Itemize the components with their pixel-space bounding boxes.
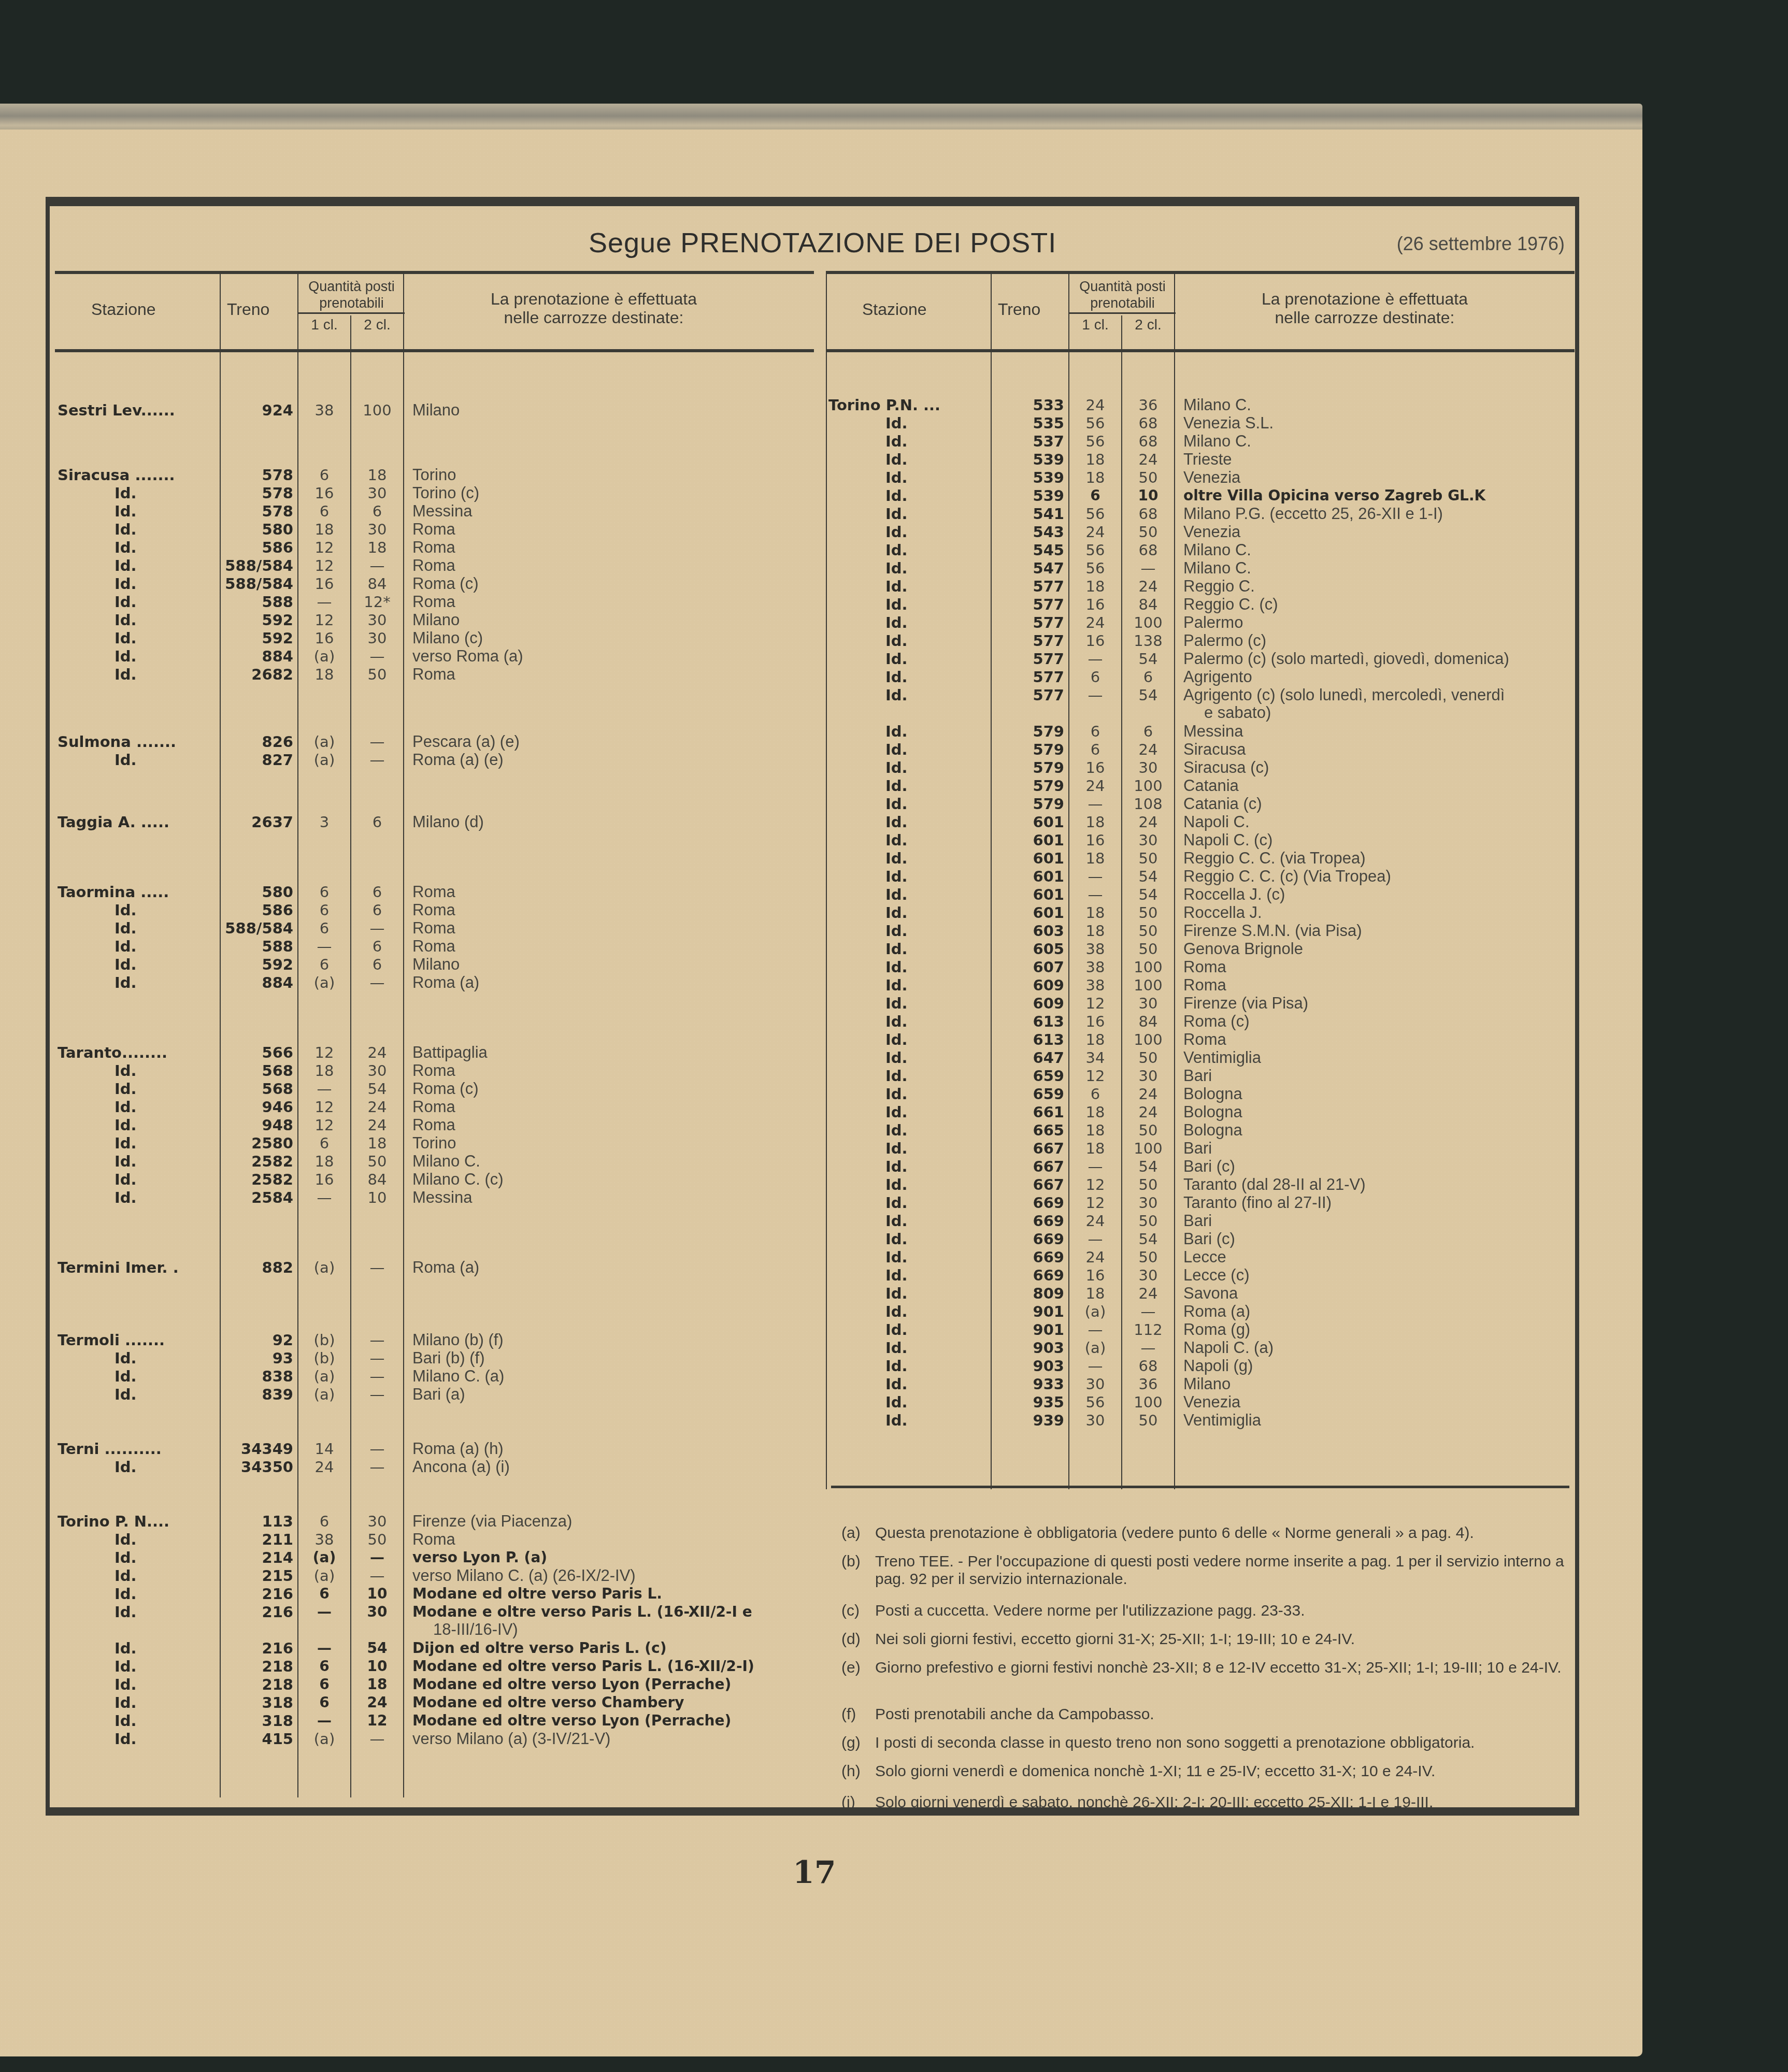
train-number: 609 [992, 976, 1064, 994]
destination-coaches: Firenze S.M.N. (via Pisa) [1183, 922, 1362, 940]
second-class-seats: 10 [351, 1189, 403, 1206]
table-row: Id.884(a)—verso Roma (a) [55, 647, 814, 665]
train-number: 580 [221, 883, 293, 901]
train-number: 415 [221, 1730, 293, 1748]
station-name: Id. [58, 521, 218, 538]
destination-coaches: Messina [1183, 723, 1243, 740]
table-row: Id.93556100Venezia [826, 1393, 1575, 1411]
destination-coaches: Bologna [1183, 1085, 1242, 1103]
footnote: (g)I posti di seconda classe in questo t… [841, 1734, 1569, 1752]
footnote-text: Posti prenotabili anche da Campobasso. [841, 1706, 1569, 1723]
first-class-seats: 16 [1069, 831, 1121, 849]
first-class-seats: 16 [1069, 759, 1121, 776]
destination-coaches: Genova Brignole [1183, 940, 1303, 958]
station-name: Id. [828, 1339, 989, 1357]
train-number: 601 [992, 850, 1064, 867]
second-class-seats: 36 [1122, 396, 1174, 414]
destination-coaches: Roma [1183, 958, 1226, 976]
first-class-seats: 18 [1069, 578, 1121, 595]
station-name: Id. [58, 484, 218, 502]
table-row: Id.5771684Reggio C. (c) [826, 596, 1575, 613]
train-number: 601 [992, 831, 1064, 849]
table-row: Id.318624Modane ed oltre verso Chambery [55, 1694, 814, 1711]
second-class-seats: 100 [351, 401, 403, 419]
train-number: 605 [992, 940, 1064, 958]
footnote: (e)Giorno prefestivo e giorni festivi no… [841, 1659, 1569, 1677]
station-name: Id. [58, 1116, 218, 1134]
station-name: Id. [828, 1393, 989, 1411]
destination-coaches: Bari [1183, 1212, 1212, 1230]
first-class-seats: 16 [1069, 596, 1121, 613]
footnote-text: Posti a cuccetta. Vedere norme per l'uti… [841, 1602, 1569, 1620]
second-class-seats: 24 [1122, 813, 1174, 831]
destination-coaches: Ventimiglia [1183, 1412, 1261, 1429]
first-class-seats: (a) [1069, 1303, 1121, 1320]
destination-coaches: Firenze (via Piacenza) [412, 1513, 572, 1530]
train-number: 659 [992, 1085, 1064, 1103]
table-row: Id.6011630Napoli C. (c) [826, 831, 1575, 849]
first-class-seats: — [1069, 795, 1121, 813]
table-row: Id.669—54Bari (c) [826, 1230, 1575, 1248]
second-class-seats: 84 [1122, 596, 1174, 613]
first-class-seats: (a) [298, 733, 350, 751]
destination-coaches: Bari (a) [412, 1386, 465, 1403]
first-class-seats: 30 [1069, 1375, 1121, 1393]
train-number: 577 [992, 578, 1064, 595]
station-name: Id. [58, 1730, 218, 1748]
second-class-seats: 54 [351, 1639, 403, 1657]
table-header: Stazione Treno Quantità posti prenotabil… [826, 271, 1575, 352]
first-class-seats: 3 [298, 813, 350, 831]
table-row: Id.25821684Milano C. (c) [55, 1171, 814, 1188]
destination-coaches: Roma [412, 666, 455, 683]
train-number: 541 [992, 505, 1064, 523]
second-class-seats: 84 [351, 575, 403, 593]
station-name: Taormina ..... [58, 883, 218, 901]
first-class-seats: 56 [1069, 414, 1121, 432]
train-number: 588/584 [221, 575, 293, 593]
first-class-seats: 18 [1069, 451, 1121, 468]
destination-coaches: Modane ed oltre verso Paris L. [412, 1585, 662, 1603]
table-body: Sestri Lev......92438100MilanoSiracusa .… [55, 352, 814, 1797]
destination-coaches: Milano C. [412, 1153, 480, 1170]
first-class-seats: 56 [1069, 505, 1121, 523]
table-row: Id.901(a)—Roma (a) [826, 1303, 1575, 1320]
first-class-seats: 18 [298, 521, 350, 538]
destination-coaches: Milano C. (c) [412, 1171, 504, 1188]
destination-coaches: Roma [412, 521, 455, 538]
footnote-key: (d) [841, 1631, 861, 1648]
destination-coaches: Lecce [1183, 1248, 1226, 1266]
destination-coaches: Torino (c) [412, 484, 479, 502]
station-name: Id. [828, 1158, 989, 1175]
first-class-seats: 12 [298, 1098, 350, 1116]
second-class-seats: 12 [351, 1712, 403, 1730]
station-name: Torino P.N. ... [828, 396, 989, 414]
station-name: Id. [828, 813, 989, 831]
second-class-seats: — [351, 919, 403, 937]
station-name: Id. [828, 596, 989, 613]
col-header-treno: Treno [227, 300, 269, 319]
train-number: 577 [992, 632, 1064, 650]
destination-coaches: verso Milano (a) (3-IV/21-V) [412, 1730, 610, 1748]
station-name: Id. [828, 1140, 989, 1157]
destination-line1: La prenotazione è effettuata [491, 290, 697, 308]
table-row: Torino P. N....113630Firenze (via Piacen… [55, 1513, 814, 1530]
table-row: Id.5921230Milano [55, 611, 814, 629]
first-class-seats: 38 [1069, 940, 1121, 958]
train-number: 826 [221, 733, 293, 751]
first-class-seats: — [298, 1189, 350, 1206]
col-header-destination: La prenotazione è effettuata nelle carro… [1220, 290, 1510, 327]
destination-coaches: Modane ed oltre verso Paris L. (16-XII/2… [412, 1658, 754, 1675]
table-row: Id.588—12*Roma [55, 593, 814, 611]
table-row: Id.5355668Venezia S.L. [826, 414, 1575, 432]
train-number: 2582 [221, 1171, 293, 1188]
train-number: 577 [992, 596, 1064, 613]
table-row: Id.60738100Roma [826, 958, 1575, 976]
table-row: Id.6651850Bologna [826, 1121, 1575, 1139]
table-row: Id.579624Siracusa [826, 741, 1575, 758]
destination-coaches: Venezia [1183, 1393, 1240, 1411]
train-number: 903 [992, 1339, 1064, 1357]
destination-coaches: verso Roma (a) [412, 647, 523, 665]
second-class-seats: — [351, 1368, 403, 1385]
table-row: Id.54756—Milano C. [826, 559, 1575, 577]
footnote-text: I posti di seconda classe in questo tren… [841, 1734, 1569, 1752]
second-class-seats: — [351, 1349, 403, 1367]
train-number: 580 [221, 521, 293, 538]
station-name: Id. [828, 886, 989, 903]
table-row: Id.318—12Modane ed oltre verso Lyon (Per… [55, 1712, 814, 1730]
first-class-seats: 12 [298, 1044, 350, 1061]
divider [1121, 315, 1122, 349]
train-number: 93 [221, 1349, 293, 1367]
station-name: Id. [828, 668, 989, 686]
destination-coaches: Messina [412, 1189, 472, 1206]
train-number: 218 [221, 1676, 293, 1693]
table-row: Id.6691230Taranto (fino al 27-II) [826, 1194, 1575, 1212]
destination-coaches: Bari [1183, 1067, 1212, 1085]
first-class-seats: — [1069, 1357, 1121, 1375]
divider [220, 274, 221, 349]
train-number: 667 [992, 1158, 1064, 1175]
first-class-seats: (a) [298, 1549, 350, 1566]
footnote: (h)Solo giorni venerdì e domenica nonchè… [841, 1763, 1569, 1780]
table-row: Id.6591230Bari [826, 1067, 1575, 1085]
train-number: 882 [221, 1259, 293, 1276]
left-table: Stazione Treno Quantità posti prenotabil… [55, 271, 814, 1797]
table-row: Terni ..........3434914—Roma (a) (h) [55, 1440, 814, 1458]
second-class-seats: 50 [351, 1531, 403, 1548]
station-name: Id. [58, 557, 218, 574]
destination-coaches: Torino [412, 466, 456, 484]
second-class-seats: 54 [1122, 1230, 1174, 1248]
second-class-seats: 6 [1122, 668, 1174, 686]
station-name: Id. [828, 1267, 989, 1284]
table-row: Id.57716138Palermo (c) [826, 632, 1575, 650]
first-class-seats: (a) [1069, 1339, 1121, 1357]
page-number: 17 [793, 1854, 836, 1891]
footnote-key: (c) [841, 1602, 860, 1620]
second-class-seats: 54 [1122, 650, 1174, 668]
train-number: 215 [221, 1567, 293, 1585]
destination-coaches: Agrigento (c) (solo lunedì, mercoledì, v… [1183, 686, 1505, 704]
footnote-key: (a) [841, 1524, 861, 1542]
destination-coaches: verso Lyon P. (a) [412, 1549, 547, 1566]
train-number: 669 [992, 1248, 1064, 1266]
footnote: (i)Solo giorni venerdì e sabato, nonchè … [841, 1794, 1569, 1811]
destination-coaches: Roma [412, 883, 455, 901]
destination-coaches: Milano C. [1183, 541, 1251, 559]
first-class-seats: 18 [1069, 1103, 1121, 1121]
station-name: Id. [58, 593, 218, 611]
first-class-seats: 6 [298, 1694, 350, 1711]
table-row: Id.588/58412—Roma [55, 557, 814, 574]
second-class-seats: 50 [1122, 1412, 1174, 1429]
station-name: Id. [828, 451, 989, 468]
first-class-seats: (a) [298, 1730, 350, 1748]
destination-coaches: Reggio C. C. (c) (Via Tropea) [1183, 868, 1391, 885]
destination-coaches: Venezia [1183, 469, 1240, 486]
table-row: Id.9393050Ventimiglia [826, 1412, 1575, 1429]
divider [297, 274, 298, 349]
second-class-seats: — [351, 1331, 403, 1349]
second-class-seats: 18 [351, 466, 403, 484]
page-title: Segue PRENOTAZIONE DEI POSTI [589, 227, 1056, 259]
second-class-seats: — [351, 1549, 403, 1566]
table-row: Id.9333036Milano [826, 1375, 1575, 1393]
footnote-key: (f) [841, 1706, 856, 1723]
table-header: Stazione Treno Quantità posti prenotabil… [55, 271, 814, 352]
table-row: Id.57966Messina [826, 723, 1575, 740]
first-class-seats: 18 [1069, 1031, 1121, 1048]
table-row: Id.2584—10Messina [55, 1189, 814, 1206]
second-class-seats: 30 [1122, 995, 1174, 1012]
destination-line2: nelle carrozze destinate: [1275, 308, 1455, 327]
table-row: Id.58666Roma [55, 901, 814, 919]
first-class-seats: 12 [298, 539, 350, 556]
second-class-seats: 68 [1122, 1357, 1174, 1375]
destination-coaches: Milano C. [1183, 433, 1251, 450]
train-number: 2584 [221, 1189, 293, 1206]
table-row: Id.577—54Agrigento (c) (solo lunedì, mer… [826, 686, 1575, 704]
destination-coaches: Milano [412, 611, 460, 629]
second-class-seats: 6 [351, 883, 403, 901]
train-number: 2582 [221, 1153, 293, 1170]
table-row: Id.6692450Lecce [826, 1248, 1575, 1266]
station-name: Id. [58, 666, 218, 683]
train-number: 2580 [221, 1134, 293, 1152]
station-name: Id. [58, 1458, 218, 1476]
train-number: 216 [221, 1603, 293, 1621]
second-class-seats: 50 [1122, 904, 1174, 922]
second-class-seats: 10 [351, 1585, 403, 1603]
col-header-2cl: 2 cl. [1122, 316, 1174, 333]
first-class-seats: 12 [1069, 1176, 1121, 1193]
train-number: 903 [992, 1357, 1064, 1375]
train-number: 539 [992, 451, 1064, 468]
destination-coaches: Milano (b) (f) [412, 1331, 504, 1349]
station-name: Id. [828, 1121, 989, 1139]
train-number: 92 [221, 1331, 293, 1349]
footnote: (d)Nei soli giorni festivi, eccetto gior… [841, 1631, 1569, 1648]
second-class-seats: 30 [351, 629, 403, 647]
second-class-seats: 50 [1122, 1176, 1174, 1193]
first-class-seats: (a) [298, 751, 350, 769]
train-number: 924 [221, 401, 293, 419]
destination-coaches: Taranto (dal 28-II al 21-V) [1183, 1176, 1366, 1193]
first-class-seats: 56 [1069, 1393, 1121, 1411]
footnote-key: (h) [841, 1763, 861, 1780]
train-number: 586 [221, 539, 293, 556]
first-class-seats: 38 [1069, 958, 1121, 976]
first-class-seats: 6 [298, 1513, 350, 1530]
station-name: Id. [58, 647, 218, 665]
train-number: 2637 [221, 813, 293, 831]
destination-coaches: Bari (c) [1183, 1158, 1235, 1175]
table-row: Taranto........5661224Battipaglia [55, 1044, 814, 1061]
train-number: 318 [221, 1694, 293, 1711]
first-class-seats: 24 [298, 1458, 350, 1476]
station-name: Id. [828, 1085, 989, 1103]
col-header-destination: La prenotazione è effettuata nelle carro… [449, 290, 739, 327]
second-class-seats: — [351, 1259, 403, 1276]
table-row: Id.6692450Bari [826, 1212, 1575, 1230]
table-row: Id.5455668Milano C. [826, 541, 1575, 559]
title-row: Segue PRENOTAZIONE DEI POSTI (26 settemb… [50, 227, 1575, 258]
destination-coaches: Ventimiglia [1183, 1049, 1261, 1067]
table-row: Sestri Lev......92438100Milano [55, 401, 814, 419]
first-class-seats: 6 [298, 1134, 350, 1152]
second-class-seats: 30 [351, 611, 403, 629]
footnote: (a)Questa prenotazione è obbligatoria (v… [841, 1524, 1569, 1542]
station-name: Id. [828, 1303, 989, 1320]
first-class-seats: 18 [1069, 1140, 1121, 1157]
destination-coaches: Napoli C. (c) [1183, 831, 1272, 849]
station-name: Id. [828, 1248, 989, 1266]
col-header-stazione: Stazione [91, 300, 156, 319]
station-name: Id. [58, 901, 218, 919]
train-number: 613 [992, 1031, 1064, 1048]
table-row: Id.5861218Roma [55, 539, 814, 556]
station-name: Id. [58, 1171, 218, 1188]
second-class-seats: 100 [1122, 1393, 1174, 1411]
destination-coaches: Roma (c) [412, 1080, 478, 1098]
station-name: Taggia A. ..... [58, 813, 218, 831]
destination-coaches: Roma [412, 1062, 455, 1080]
train-number: 545 [992, 541, 1064, 559]
table-row: Id.667—54Bari (c) [826, 1158, 1575, 1175]
divider [403, 274, 404, 349]
train-number: 607 [992, 958, 1064, 976]
station-name: Id. [58, 1658, 218, 1675]
first-class-seats: — [1069, 868, 1121, 885]
train-number: 214 [221, 1549, 293, 1566]
train-number: 669 [992, 1230, 1064, 1248]
col-header-treno: Treno [998, 300, 1040, 319]
train-number: 216 [221, 1585, 293, 1603]
table-body: Torino P.N. ...5332436Milano C.Id.535566… [826, 352, 1575, 1489]
table-row: Id.6091230Firenze (via Pisa) [826, 995, 1575, 1012]
first-class-seats: — [298, 1639, 350, 1657]
first-class-seats: 16 [298, 1171, 350, 1188]
table-row: Id.61318100Roma [826, 1031, 1575, 1048]
col-header-stazione: Stazione [862, 300, 927, 319]
divider [991, 274, 992, 349]
table-row: Id.6053850Genova Brignole [826, 940, 1575, 958]
first-class-seats: — [298, 1080, 350, 1098]
quantity-line2: prenotabili [1069, 295, 1176, 314]
destination-coaches: Roccella J. (c) [1183, 886, 1285, 903]
table-row: Id.5432450Venezia [826, 523, 1575, 541]
second-class-seats: 100 [1122, 1140, 1174, 1157]
footnote-key: (b) [841, 1553, 861, 1571]
second-class-seats: 18 [351, 1676, 403, 1693]
station-name: Id. [58, 611, 218, 629]
destination-coaches: Siracusa [1183, 741, 1246, 758]
train-number: 533 [992, 396, 1064, 414]
train-number: 579 [992, 741, 1064, 758]
destination-coaches: Roma [1183, 1031, 1226, 1048]
second-class-seats: 10 [351, 1658, 403, 1675]
destination-coaches: Venezia [1183, 523, 1240, 541]
station-name: Id. [828, 723, 989, 740]
first-class-seats: 6 [1069, 741, 1121, 758]
station-name: Id. [828, 559, 989, 577]
station-name: Id. [828, 1031, 989, 1048]
timetable-page: Segue PRENOTAZIONE DEI POSTI (26 settemb… [0, 129, 1642, 2056]
second-class-seats: 50 [351, 666, 403, 683]
train-number: 218 [221, 1658, 293, 1675]
train-number: 827 [221, 751, 293, 769]
train-number: 661 [992, 1103, 1064, 1121]
destination-coaches: Roma (a) (h) [412, 1440, 504, 1458]
destination-coaches: Roma (c) [1183, 1013, 1249, 1030]
station-name: Id. [828, 487, 989, 505]
second-class-seats: 30 [1122, 831, 1174, 849]
train-number: 216 [221, 1639, 293, 1657]
first-class-seats: 18 [1069, 1285, 1121, 1302]
footnote-key: (g) [841, 1734, 861, 1752]
train-number: 948 [221, 1116, 293, 1134]
first-class-seats: 18 [1069, 922, 1121, 940]
table-row: Id.5921630Milano (c) [55, 629, 814, 647]
station-name: Id. [828, 850, 989, 867]
station-name: Id. [828, 469, 989, 486]
first-class-seats: 38 [298, 1531, 350, 1548]
station-name: Id. [828, 505, 989, 523]
destination-coaches: Roma [412, 938, 455, 955]
destination-coaches: Bari (c) [1183, 1230, 1235, 1248]
destination-coaches: Taranto (fino al 27-II) [1183, 1194, 1332, 1212]
second-class-seats: 12* [351, 593, 403, 611]
station-name: Taranto........ [58, 1044, 218, 1061]
train-number: 601 [992, 886, 1064, 903]
destination-coaches: Roma (a) [412, 1259, 479, 1276]
first-class-seats: 34 [1069, 1049, 1121, 1067]
second-class-seats: 50 [1122, 523, 1174, 541]
second-class-seats: 6 [351, 813, 403, 831]
table-row: Id.2113850Roma [55, 1531, 814, 1548]
table-row: Id.6473450Ventimiglia [826, 1049, 1575, 1067]
first-class-seats: (a) [298, 974, 350, 991]
first-class-seats: 6 [298, 502, 350, 520]
destination-coaches: Roma [412, 1098, 455, 1116]
train-number: 318 [221, 1712, 293, 1730]
second-class-seats: 100 [1122, 958, 1174, 976]
station-name: Id. [828, 759, 989, 776]
